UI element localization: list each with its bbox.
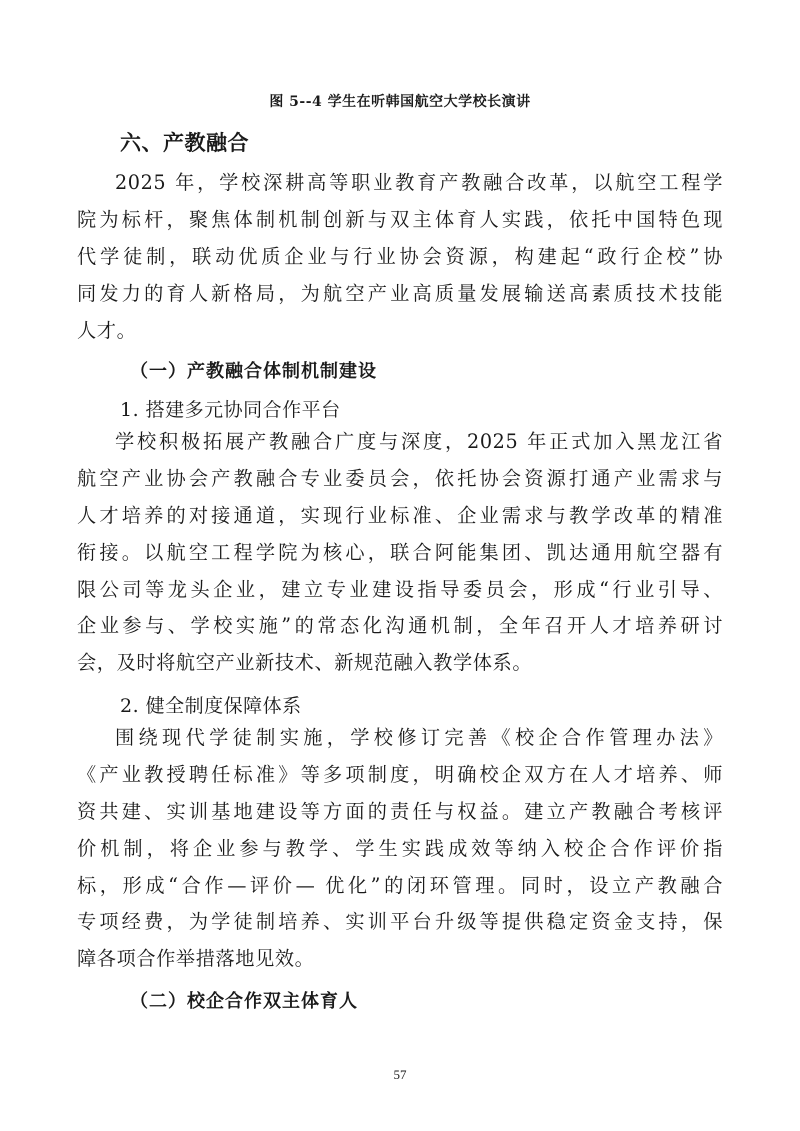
- paragraph-line: 《产业教授聘任标准》等多项制度，明确校企双方在人才培养、师: [77, 757, 723, 794]
- paragraph-line: 航空产业协会产教融合专业委员会，依托协会资源打通产业需求与: [77, 461, 723, 498]
- paragraph-line: 资共建、实训基地建设等方面的责任与权益。建立产教融合考核评: [77, 794, 723, 831]
- figure-caption: 图 5--4 学生在听韩国航空大学校长演讲: [0, 91, 800, 111]
- paragraph-line: 人才培养的对接通道，实现行业标准、企业需求与教学改革的精准: [77, 498, 723, 535]
- paragraph-line: 人才。: [77, 313, 723, 350]
- item-title-2: 2. 健全制度保障体系: [120, 691, 302, 718]
- intro-paragraph: 2025 年，学校深耕高等职业教育产教融合改革，以航空工程学 院为标杆，聚焦体制…: [77, 165, 723, 349]
- paragraph-line: 专项经费，为学徒制培养、实训平台升级等提供稳定资金支持，保: [77, 904, 723, 941]
- item1-paragraph: 学校积极拓展产教融合广度与深度，2025 年正式加入黑龙江省 航空产业协会产教融…: [77, 424, 723, 682]
- paragraph-line: 院为标杆，聚焦体制机制创新与双主体育人实践，依托中国特色现: [77, 202, 723, 239]
- paragraph-line: 企业参与、学校实施”的常态化沟通机制，全年召开人才培养研讨: [77, 608, 723, 645]
- item2-paragraph: 围绕现代学徒制实施，学校修订完善《校企合作管理办法》 《产业教授聘任标准》等多项…: [77, 720, 723, 978]
- paragraph-line: 会，及时将航空产业新技术、新规范融入教学体系。: [77, 645, 723, 682]
- paragraph-line: 障各项合作举措落地见效。: [77, 941, 723, 978]
- subsection-heading-1: （一）产教融合体制机制建设: [130, 357, 377, 383]
- paragraph-line: 围绕现代学徒制实施，学校修订完善《校企合作管理办法》: [77, 720, 723, 757]
- subsection-heading-2: （二）校企合作双主体育人: [130, 987, 358, 1013]
- paragraph-line: 限公司等龙头企业，建立专业建设指导委员会，形成“行业引导、: [77, 572, 723, 609]
- page-number: 57: [0, 1067, 800, 1083]
- paragraph-line: 同发力的育人新格局，为航空产业高质量发展输送高素质技术技能: [77, 276, 723, 313]
- paragraph-line: 学校积极拓展产教融合广度与深度，2025 年正式加入黑龙江省: [77, 424, 723, 461]
- paragraph-line: 代学徒制，联动优质企业与行业协会资源，构建起“政行企校”协: [77, 239, 723, 276]
- item-title-1: 1. 搭建多元协同合作平台: [120, 395, 341, 422]
- paragraph-line: 衔接。以航空工程学院为核心，联合阿能集团、凯达通用航空器有: [77, 535, 723, 572]
- paragraph-line: 2025 年，学校深耕高等职业教育产教融合改革，以航空工程学: [77, 165, 723, 202]
- paragraph-line: 标，形成“合作—评价— 优化”的闭环管理。同时，设立产教融合: [77, 868, 723, 905]
- section-heading: 六、产教融合: [120, 127, 249, 157]
- paragraph-line: 价机制，将企业参与教学、学生实践成效等纳入校企合作评价指: [77, 831, 723, 868]
